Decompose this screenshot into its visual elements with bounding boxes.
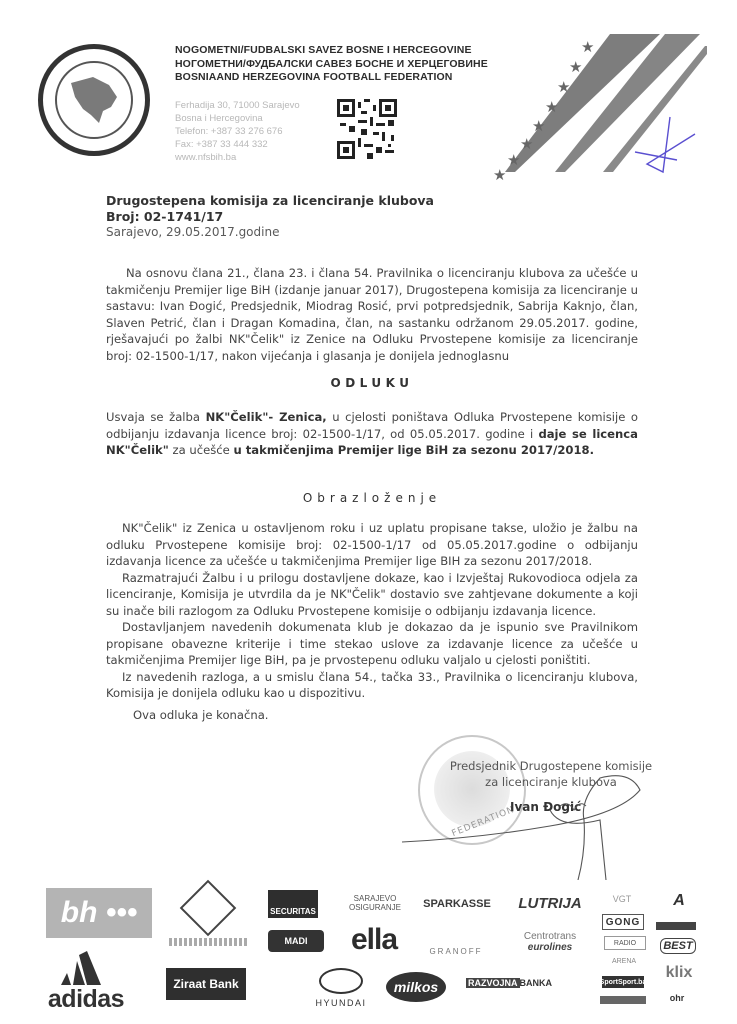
securitas-logo: SECURITAS <box>268 890 318 918</box>
final-note: Ova odluka je konačna. <box>133 708 269 722</box>
best-logo: BEST <box>660 938 696 954</box>
decision-paragraph: Usvaja se žalba NK"Čelik"- Zenica, u cje… <box>106 409 638 459</box>
svg-text:★: ★ <box>569 58 582 76</box>
fax-line: Fax: +387 33 444 332 <box>175 138 300 151</box>
media-logo-bar <box>600 996 646 1004</box>
lutrija-logo: LUTRIJA <box>510 892 590 914</box>
dnevni-avaz-logo <box>656 922 696 930</box>
federation-seal-icon <box>38 44 150 156</box>
svg-text:★: ★ <box>520 135 533 153</box>
decision-text: za učešće <box>169 443 234 457</box>
org-name-latin: NOGOMETNI/FUDBALSKI SAVEZ BOSNE I HERCEG… <box>175 44 488 58</box>
svg-text:★: ★ <box>507 151 520 169</box>
org-name-block: NOGOMETNI/FUDBALSKI SAVEZ BOSNE I HERCEG… <box>175 44 488 85</box>
club-name: NK"Čelik"- Zenica, <box>206 410 327 424</box>
svg-text:★: ★ <box>557 78 570 96</box>
centrotrans-eurolines-logo: Centrotranseurolines <box>512 928 588 956</box>
bh-telecom-logo: bh ••• <box>46 888 152 938</box>
federation-emblem-logo <box>168 886 248 948</box>
sportsport-logo: SportSport.ba <box>602 976 644 988</box>
org-name-cyrillic: НОГОМЕТНИ/ФУДБАЛСКИ САВЕЗ БОСНЕ И ХЕРЦЕГ… <box>175 58 488 72</box>
madi-logo: MADI <box>268 930 324 952</box>
decision-title: ODLUKU <box>106 376 638 390</box>
sarajevo-osiguranje-logo: SARAJEVOOSIGURANJE <box>340 892 410 914</box>
svg-text:★: ★ <box>493 166 506 182</box>
handwritten-signature <box>400 770 660 880</box>
reasoning-paragraph: Iz navedenih razloga, a u smislu člana 5… <box>106 669 638 702</box>
arena-logo: ARENA <box>600 952 648 970</box>
milkos-logo: milkos <box>386 972 446 1002</box>
adidas-logo: adidas <box>36 950 136 1014</box>
committee-heading: Drugostepena komisija za licenciranje kl… <box>106 193 434 208</box>
svg-text:★: ★ <box>532 117 545 135</box>
razvojna-banka-logo: RAZVOJNABANKA <box>466 976 546 990</box>
qr-code-icon <box>337 98 397 160</box>
stars-stripes-emblem: ★★★★ ★★★★ <box>485 32 710 182</box>
radio-logo: RADIO <box>604 936 646 950</box>
reasoning-title: Obrazloženje <box>106 491 638 505</box>
place-date: Sarajevo, 29.05.2017.godine <box>106 225 279 239</box>
reasoning-paragraph: Razmatrajući Žalbu i u prilogu dostavlje… <box>106 570 638 620</box>
reasoning-paragraph: Dostavljanjem navedenih dokumenata klub … <box>106 619 638 669</box>
intro-paragraph: Na osnovu člana 21., člana 23. i člana 5… <box>106 265 638 364</box>
reference-number: Broj: 02-1741/17 <box>106 209 223 224</box>
ziraat-bank-logo: Ziraat Bank <box>166 968 246 1000</box>
website-link[interactable]: www.nfsbih.ba <box>175 151 300 164</box>
svg-text:★: ★ <box>581 38 594 56</box>
org-name-english: BOSNIAAND HERZEGOVINA FOOTBALL FEDERATIO… <box>175 71 488 85</box>
season-text: u takmičenjima Premijer lige BiH za sezo… <box>233 443 594 457</box>
reasoning-section: NK"Čelik" iz Zenica u ostavljenom roku i… <box>106 520 638 702</box>
granoff-logo: GRANOFF <box>418 924 494 956</box>
sparkasse-logo: SPARKASSE <box>418 894 496 914</box>
gong-logo: GONG <box>602 914 644 930</box>
sponsor-strip: bh ••• adidas Ziraat Bank SECURITAS SARA… <box>0 880 737 1024</box>
svg-text:★: ★ <box>545 98 558 116</box>
phone-line: Telefon: +387 33 276 676 <box>175 125 300 138</box>
ab-logo: A <box>664 892 694 910</box>
contact-block: Ferhadija 30, 71000 Sarajevo Bosna i Her… <box>175 99 300 164</box>
vgt-logo: VGT <box>600 892 644 906</box>
reasoning-paragraph: NK"Čelik" iz Zenica u ostavljenom roku i… <box>106 520 638 570</box>
klix-logo: klix <box>664 964 694 982</box>
decision-text: Usvaja se žalba <box>106 410 206 424</box>
ohr-logo: ohr <box>662 992 692 1004</box>
ella-logo: ella <box>344 924 404 956</box>
address-line: Ferhadija 30, 71000 Sarajevo <box>175 99 300 112</box>
country-line: Bosna i Hercegovina <box>175 112 300 125</box>
hyundai-logo: HYUNDAI <box>310 968 372 1008</box>
